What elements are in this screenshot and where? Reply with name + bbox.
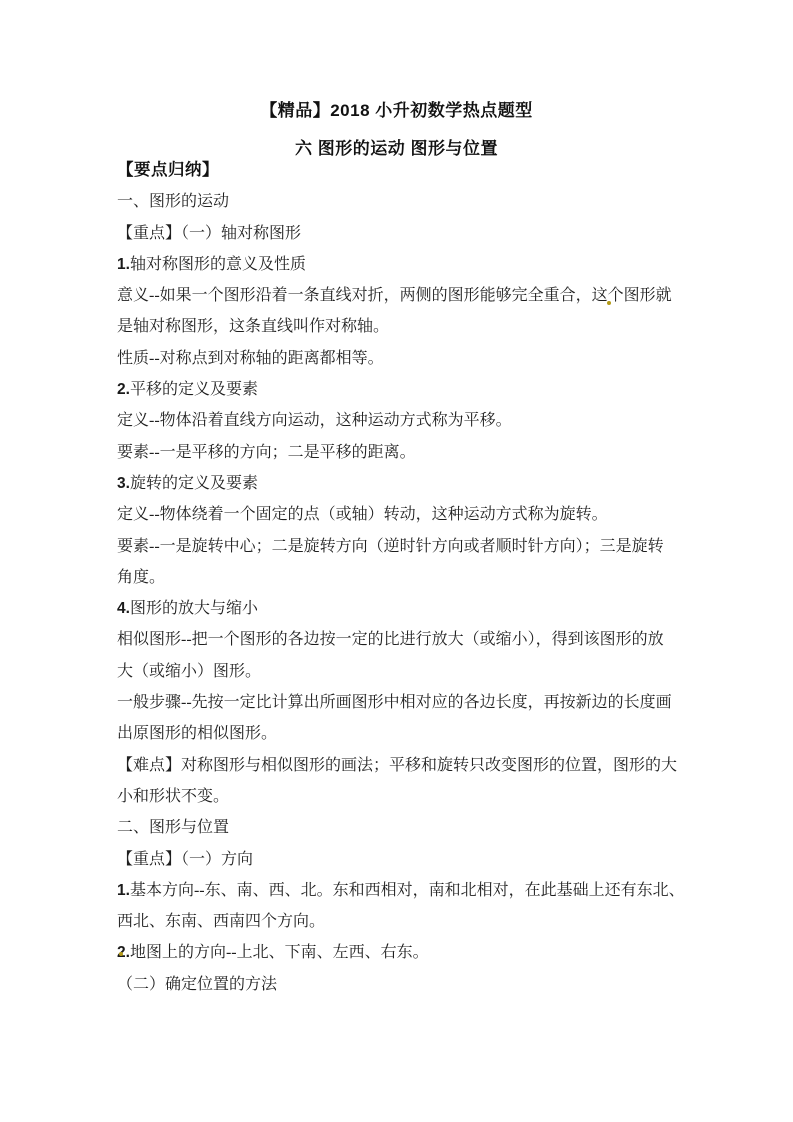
line-text: 【要点归纳】 (117, 161, 219, 179)
line-text: 【难点】对称图形与相似图形的画法；平移和旋转只改变图形的位置，图形的大 (117, 757, 677, 774)
text-line: 定义--物体绕着一个固定的点（或轴）转动，这种运动方式称为旋转。 (117, 499, 683, 530)
text-line: 二、图形与位置 (117, 812, 683, 843)
document-page: 【精品】2018 小升初数学热点题型 六 图形的运动 图形与位置 【要点归纳】一… (0, 0, 793, 1122)
text-line: 相似图形--把一个图形的各边按一定的比进行放大（或缩小），得到该图形的放 (117, 624, 683, 655)
text-line: 一般步骤--先按一定比计算出所画图形中相对应的各边长度，再按新边的长度画 (117, 687, 683, 718)
text-line: 【重点】（一）方向 (117, 844, 683, 875)
text-line: 要素--一是旋转中心；二是旋转方向（逆时针方向或者顺时针方向）；三是旋转 (117, 531, 683, 562)
speck-artifact (607, 301, 611, 305)
line-text: 要素--一是平移的方向；二是平移的距离。 (117, 444, 416, 461)
line-text: 性质--对称点到对称轴的距离都相等。 (117, 350, 384, 367)
line-text: 出原图形的相似图形。 (117, 725, 277, 742)
line-text: 定义--物体绕着一个固定的点（或轴）转动，这种运动方式称为旋转。 (117, 506, 608, 523)
document-body: 【要点归纳】一、图形的运动【重点】（一）轴对称图形1.轴对称图形的意义及性质意义… (117, 155, 683, 1000)
line-text: 一、图形的运动 (117, 193, 229, 210)
text-line: 3.旋转的定义及要素 (117, 468, 683, 499)
line-text: 要素--一是旋转中心；二是旋转方向（逆时针方向或者顺时针方向）；三是旋转 (117, 538, 664, 555)
text-line: 西北、东南、西南四个方向。 (117, 906, 683, 937)
text-line: 角度。 (117, 562, 683, 593)
speck-artifact (119, 952, 123, 956)
line-text: 角度。 (117, 569, 165, 586)
text-line: 意义--如果一个图形沿着一条直线对折，两侧的图形能够完全重合，这个图形就 (117, 280, 683, 311)
line-text: 【重点】（一）方向 (117, 851, 253, 868)
line-text: （二）确定位置的方法 (117, 976, 277, 993)
line-text: 二、图形与位置 (117, 819, 229, 836)
line-number-prefix: 1. (117, 256, 130, 273)
text-line: 要素--一是平移的方向；二是平移的距离。 (117, 437, 683, 468)
text-line: 【要点归纳】 (117, 155, 683, 186)
text-line: 定义--物体沿着直线方向运动，这种运动方式称为平移。 (117, 405, 683, 436)
text-line: 2.地图上的方向--上北、下南、左西、右东。 (117, 937, 683, 968)
line-text: 图形的放大与缩小 (130, 600, 258, 617)
document-title: 【精品】2018 小升初数学热点题型 (0, 92, 793, 130)
text-line: 性质--对称点到对称轴的距离都相等。 (117, 343, 683, 374)
line-text: 相似图形--把一个图形的各边按一定的比进行放大（或缩小），得到该图形的放 (117, 631, 664, 648)
line-text: 定义--物体沿着直线方向运动，这种运动方式称为平移。 (117, 412, 512, 429)
text-line: 1.基本方向--东、南、西、北。东和西相对，南和北相对，在此基础上还有东北、 (117, 875, 683, 906)
text-line: 是轴对称图形，这条直线叫作对称轴。 (117, 311, 683, 342)
line-text: 旋转的定义及要素 (130, 475, 258, 492)
line-text: 是轴对称图形，这条直线叫作对称轴。 (117, 318, 389, 335)
text-line: 小和形状不变。 (117, 781, 683, 812)
line-text: 意义--如果一个图形沿着一条直线对折，两侧的图形能够完全重合，这个图形就 (117, 287, 672, 304)
line-text: 一般步骤--先按一定比计算出所画图形中相对应的各边长度，再按新边的长度画 (117, 694, 672, 711)
text-line: 【难点】对称图形与相似图形的画法；平移和旋转只改变图形的位置，图形的大 (117, 750, 683, 781)
text-line: （二）确定位置的方法 (117, 969, 683, 1000)
text-line: 2.平移的定义及要素 (117, 374, 683, 405)
line-number-prefix: 2. (117, 381, 130, 398)
line-text: 平移的定义及要素 (130, 381, 258, 398)
line-text: 【重点】（一）轴对称图形 (117, 225, 301, 242)
text-line: 大（或缩小）图形。 (117, 656, 683, 687)
line-text: 地图上的方向--上北、下南、左西、右东。 (130, 944, 429, 961)
text-line: 1.轴对称图形的意义及性质 (117, 249, 683, 280)
text-line: 出原图形的相似图形。 (117, 718, 683, 749)
line-number-prefix: 1. (117, 882, 130, 899)
line-text: 小和形状不变。 (117, 788, 229, 805)
line-text: 大（或缩小）图形。 (117, 663, 261, 680)
line-number-prefix: 4. (117, 600, 130, 617)
line-number-prefix: 3. (117, 475, 130, 492)
text-line: 【重点】（一）轴对称图形 (117, 218, 683, 249)
line-text: 基本方向--东、南、西、北。东和西相对，南和北相对，在此基础上还有东北、 (130, 882, 685, 899)
text-line: 4.图形的放大与缩小 (117, 593, 683, 624)
line-text: 西北、东南、西南四个方向。 (117, 913, 325, 930)
text-line: 一、图形的运动 (117, 186, 683, 217)
line-text: 轴对称图形的意义及性质 (130, 256, 306, 273)
